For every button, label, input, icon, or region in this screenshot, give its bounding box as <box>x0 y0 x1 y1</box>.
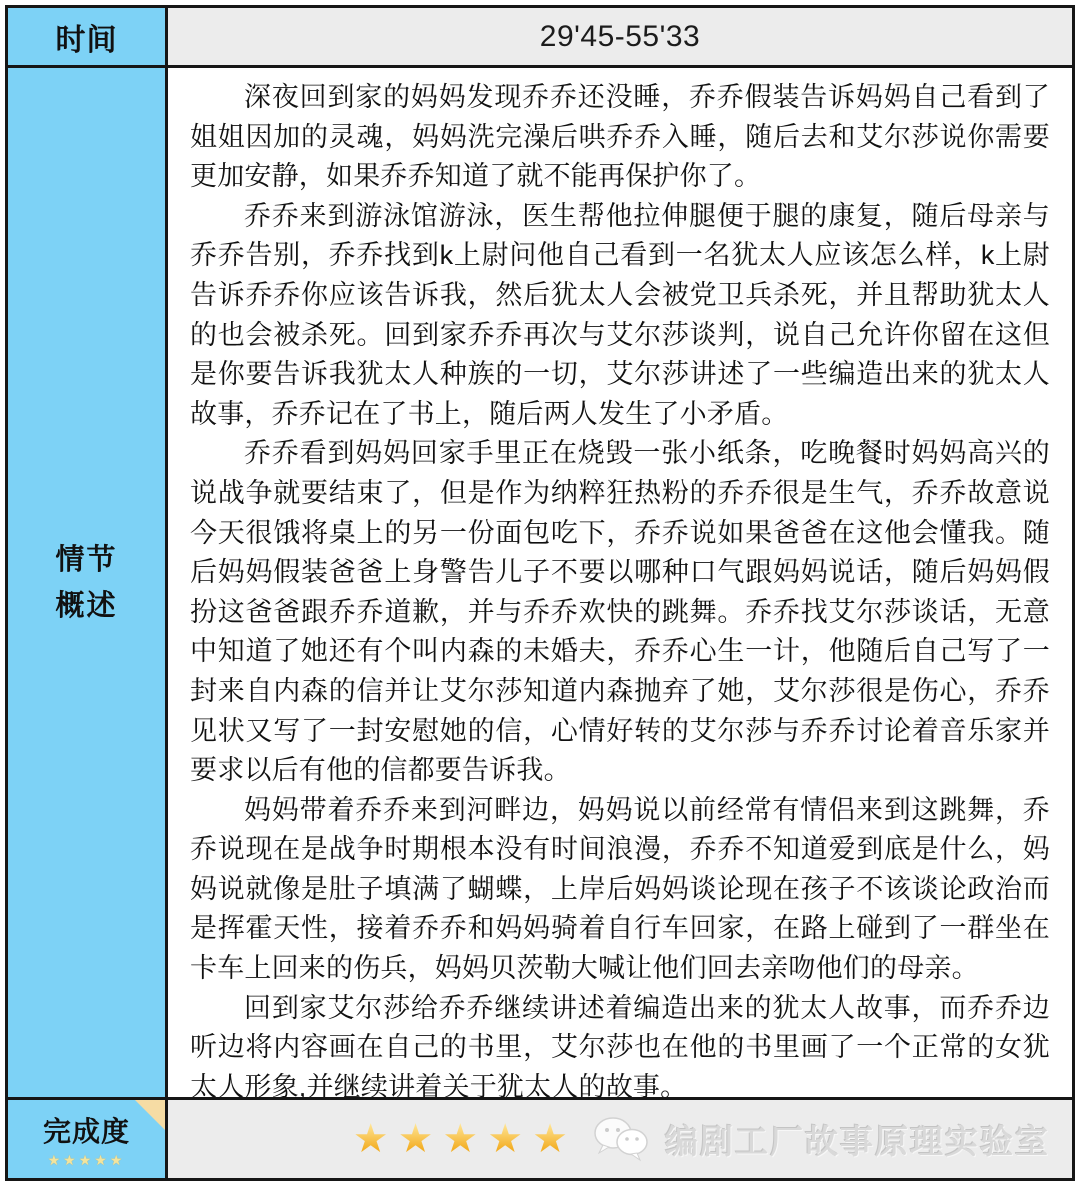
plot-summary-table: 时间 29'45-55'33 情节 概述 深夜回到家的妈妈发现乔乔还没睡，乔乔假… <box>5 5 1075 1181</box>
plot-paragraph: 深夜回到家的妈妈发现乔乔还没睡，乔乔假装告诉妈妈自己看到了姐姐因加的灵魂，妈妈洗… <box>190 78 1050 197</box>
time-row-value-cell: 29'45-55'33 <box>168 8 1072 68</box>
completion-rating-cell: ★★★★★ 编剧工厂故事原理实验室 <box>168 1100 1072 1178</box>
watermark-text: 编剧工厂故事原理实验室 <box>665 1116 1050 1163</box>
time-row-label: 时间 <box>56 15 118 59</box>
plot-paragraph: 乔乔来到游泳馆游泳，医生帮他拉伸腿便于腿的康复，随后母亲与乔乔告别，乔乔找到k上… <box>190 197 1050 435</box>
plot-paragraph: 回到家艾尔莎给乔乔继续讲述着编造出来的犹太人故事，而乔乔边听边将内容画在自己的书… <box>190 989 1050 1100</box>
time-range-value: 29'45-55'33 <box>540 20 700 54</box>
plot-label-line1: 情节 <box>55 537 117 583</box>
plot-paragraph: 乔乔看到妈妈回家手里正在烧毁一张小纸条，吃晚餐时妈妈高兴的说战争就要结束了，但是… <box>190 434 1050 790</box>
plot-row-label-cell: 情节 概述 <box>8 68 168 1100</box>
plot-summary-text-cell: 深夜回到家的妈妈发现乔乔还没睡，乔乔假装告诉妈妈自己看到了姐姐因加的灵魂，妈妈洗… <box>168 68 1072 1100</box>
folded-corner-decoration <box>135 1100 165 1130</box>
time-row-label-cell: 时间 <box>8 8 168 68</box>
plot-paragraph: 妈妈带着乔乔来到河畔边，妈妈说以前经常有情侣来到这跳舞，乔乔说现在是战争时期根本… <box>190 791 1050 989</box>
completion-label: 完成度 <box>43 1110 130 1150</box>
completion-mini-stars: ★★★★★ <box>48 1152 126 1169</box>
rating-stars: ★★★★★ <box>353 1119 577 1159</box>
completion-row-label-cell: 完成度 ★★★★★ <box>8 1100 168 1178</box>
plot-label-line2: 概述 <box>55 583 117 629</box>
wechat-icon <box>591 1115 653 1163</box>
